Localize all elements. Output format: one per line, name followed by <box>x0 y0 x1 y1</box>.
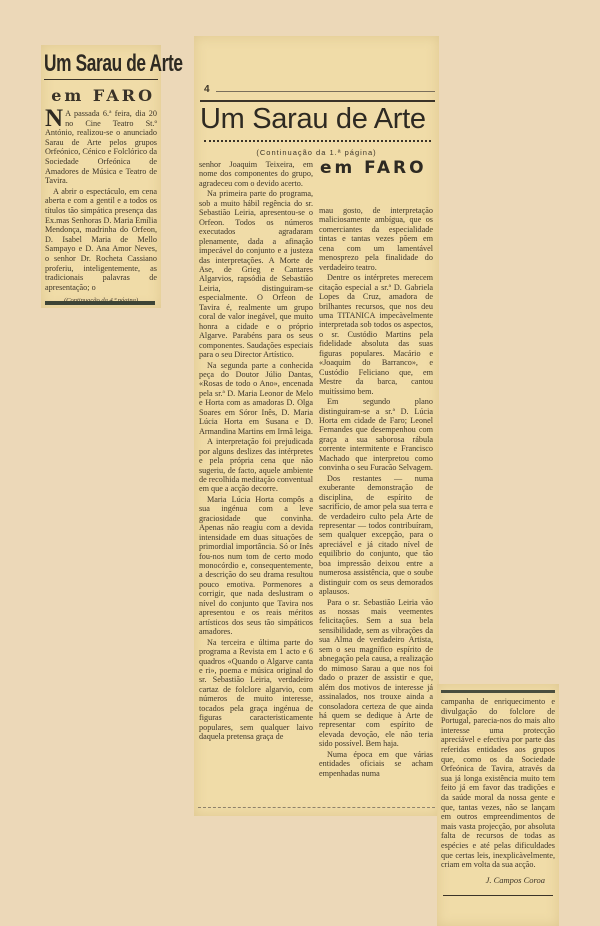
masthead-title: Um Sarau de Arte <box>44 51 128 77</box>
drop-cap: N <box>45 110 63 128</box>
paragraph: Dentre os intérpretes merecem citação es… <box>319 273 433 396</box>
dotted-divider <box>204 140 431 142</box>
clipping-continuation: campanha de enriquecimento e divulgação … <box>437 684 559 926</box>
page-number: 4 <box>204 84 210 95</box>
author-signature: J. Campos Coroa <box>437 875 545 885</box>
paragraph: Na terceira e última parte do programa a… <box>199 638 313 742</box>
article-body: campanha de enriquecimento e divulgação … <box>437 697 559 870</box>
divider <box>44 79 158 80</box>
subtitle: em FARO <box>41 86 155 105</box>
paragraph: A abrir o espectáculo, em cena aberta e … <box>45 187 157 293</box>
paragraph: Para o sr. Sebastião Leiria vão as nossa… <box>319 598 433 749</box>
footer-bar <box>45 301 155 305</box>
column-right: mau gosto, de interpretação maliciosamen… <box>319 206 433 779</box>
paragraph: Na primeira parte do programa, sob a mui… <box>199 189 313 359</box>
divider <box>443 895 553 896</box>
article-title: Um Sarau de Arte <box>200 102 440 136</box>
article-body: NA passada 6.ª feira, dia 20 no Cine Tea… <box>41 109 161 306</box>
divider <box>216 91 435 92</box>
clipping-front-page: Um Sarau de Arte em FARO NA passada 6.ª … <box>41 45 161 308</box>
paragraph: Em segundo plano distinguiram-se a sr.ª … <box>319 397 433 473</box>
paragraph: Dos restantes — numa exuberante demonstr… <box>319 474 433 597</box>
clipping-page-4: 4 Um Sarau de Arte (Continuação da 1.ª p… <box>194 36 439 816</box>
header-bar <box>441 690 555 693</box>
cut-line <box>198 807 435 808</box>
paragraph: A interpretação foi prejudicada por algu… <box>199 437 313 494</box>
paragraph: Numa época em que várias entidades ofici… <box>319 750 433 778</box>
column-left: senhor Joaquim Teixeira, em nome dos com… <box>199 160 313 743</box>
paragraph: Maria Lúcia Horta compôs a sua ingénua c… <box>199 495 313 637</box>
paragraph: NA passada 6.ª feira, dia 20 no Cine Tea… <box>45 109 157 186</box>
paragraph: senhor Joaquim Teixeira, em nome dos com… <box>199 160 313 188</box>
continuation-note: (Continuação da 1.ª página) <box>194 148 439 157</box>
subtitle: em FARO <box>320 158 438 178</box>
paragraph: mau gosto, de interpretação maliciosamen… <box>319 206 433 272</box>
paragraph: Na segunda parte a conhecida peça do Dou… <box>199 361 313 437</box>
